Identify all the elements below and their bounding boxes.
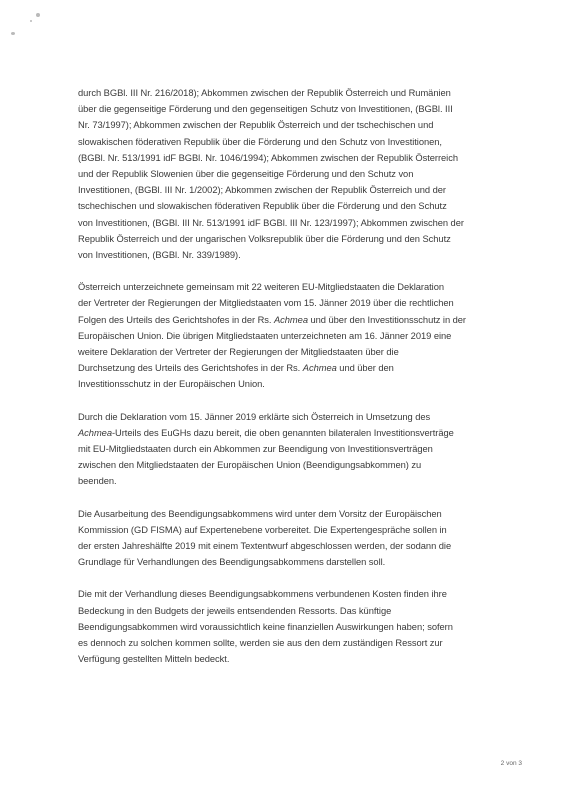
paragraph: Österreich unterzeichnete gemeinsam mit …	[78, 279, 508, 392]
text-line: Österreich unterzeichnete gemeinsam mit …	[78, 279, 508, 295]
text-line: Nr. 73/1997); Abkommen zwischen der Repu…	[78, 117, 508, 133]
text-line: Kommission (GD FISMA) auf Expertenebene …	[78, 522, 508, 538]
text-line: Folgen des Urteils des Gerichtshofes in …	[78, 312, 508, 328]
text-line: tschechischen und slowakischen föderativ…	[78, 198, 508, 214]
text-line: Beendigungsabkommen wird voraussichtlich…	[78, 619, 508, 635]
paragraph: Die Ausarbeitung des Beendigungsabkommen…	[78, 506, 508, 571]
text-line: Bedeckung in den Budgets der jeweils ent…	[78, 603, 508, 619]
text-line: zwischen den Mitgliedstaaten der Europäi…	[78, 457, 508, 473]
case-name-italic: Achmea	[78, 428, 112, 438]
text-line: der Vertreter der Regierungen der Mitgli…	[78, 295, 508, 311]
paragraph: durch BGBl. III Nr. 216/2018); Abkommen …	[78, 85, 508, 263]
document-body: durch BGBl. III Nr. 216/2018); Abkommen …	[78, 85, 508, 684]
case-name-italic: Achmea	[303, 363, 337, 373]
text-line: slowakischen föderativen Republik über d…	[78, 134, 508, 150]
text-line: Republik Österreich und der ungarischen …	[78, 231, 508, 247]
text-line: es dennoch zu solchen kommen sollte, wer…	[78, 635, 508, 651]
text-line: Verfügung gestellten Mitteln bedeckt.	[78, 651, 508, 667]
text-line: und der Republik Slowenien über die gege…	[78, 166, 508, 182]
text-line: Investitionen, (BGBl. III Nr. 1/2002); A…	[78, 182, 508, 198]
text-line: Die mit der Verhandlung dieses Beendigun…	[78, 586, 508, 602]
text-line: von Investitionen, (BGBl. III Nr. 513/19…	[78, 215, 508, 231]
scan-speck	[11, 32, 15, 35]
text-line: (BGBl. Nr. 513/1991 idF BGBl. Nr. 1046/1…	[78, 150, 508, 166]
text-line: Die Ausarbeitung des Beendigungsabkommen…	[78, 506, 508, 522]
page-number: 2 von 3	[501, 760, 522, 767]
text-line: Achmea-Urteils des EuGHs dazu bereit, di…	[78, 425, 508, 441]
text-line: Investitionsschutz in der Europäischen U…	[78, 376, 508, 392]
document-page: durch BGBl. III Nr. 216/2018); Abkommen …	[0, 0, 567, 802]
text-line: mit EU-Mitgliedstaaten durch ein Abkomme…	[78, 441, 508, 457]
text-line: Durch die Deklaration vom 15. Jänner 201…	[78, 409, 508, 425]
text-line: Grundlage für Verhandlungen des Beendigu…	[78, 554, 508, 570]
text-line: weitere Deklaration der Vertreter der Re…	[78, 344, 508, 360]
case-name-italic: Achmea	[274, 315, 308, 325]
text-line: Durchsetzung des Urteils des Gerichtshof…	[78, 360, 508, 376]
text-line: über die gegenseitige Förderung und den …	[78, 101, 508, 117]
paragraph: Durch die Deklaration vom 15. Jänner 201…	[78, 409, 508, 490]
text-line: der ersten Jahreshälfte 2019 mit einem T…	[78, 538, 508, 554]
paragraph: Die mit der Verhandlung dieses Beendigun…	[78, 586, 508, 667]
text-line: durch BGBl. III Nr. 216/2018); Abkommen …	[78, 85, 508, 101]
text-line: von Investitionen, (BGBl. Nr. 339/1989).	[78, 247, 508, 263]
scan-speck	[36, 13, 40, 17]
scan-speck	[30, 20, 32, 22]
text-line: beenden.	[78, 473, 508, 489]
text-line: Europäischen Union. Die übrigen Mitglied…	[78, 328, 508, 344]
